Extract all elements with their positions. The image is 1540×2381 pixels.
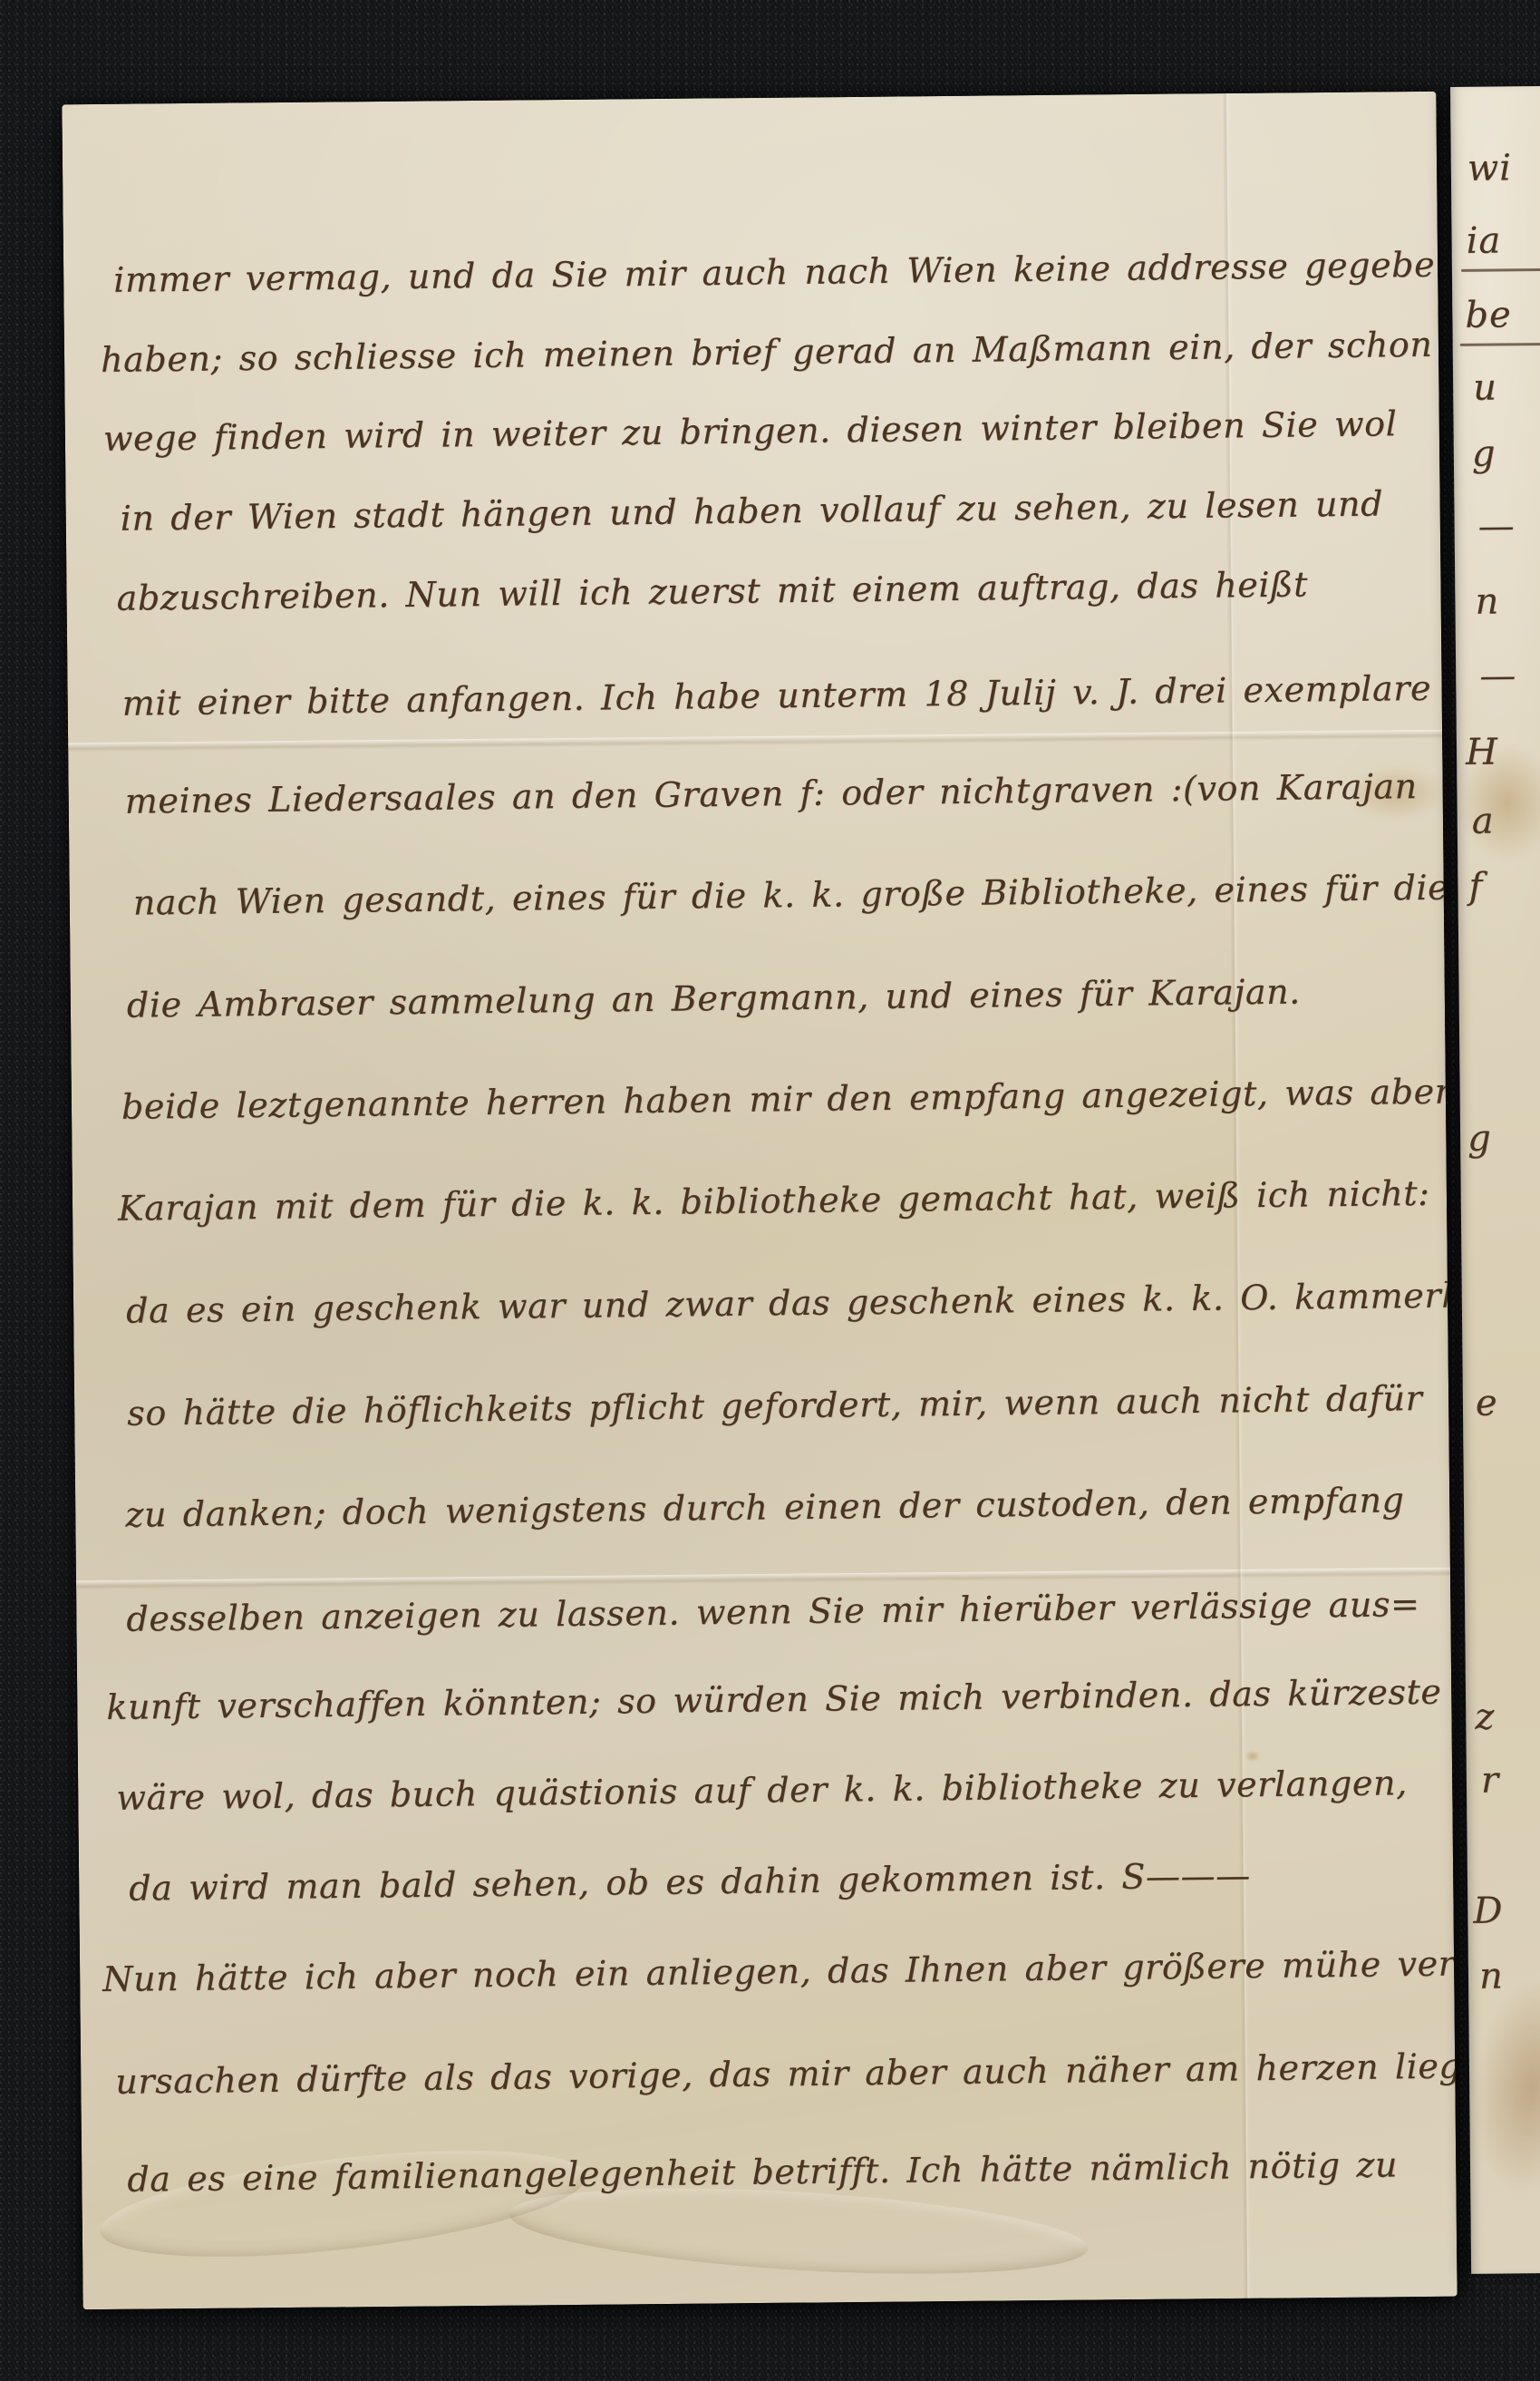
letter-line: kunft verschaffen könnten; so würden Sie… <box>106 1675 1442 1725</box>
letter-line: da wird man bald sehen, ob es dahin geko… <box>129 1858 1251 1905</box>
letter-line: Karajan mit dem für die k. k. bibliothek… <box>118 1176 1430 1226</box>
letter-line: beide leztgenannte herren haben mir den … <box>121 1074 1452 1124</box>
adjacent-page-fragment: r <box>1481 1763 1500 1799</box>
letter-line: abzuschreiben. Nun will ich zuerst mit e… <box>116 567 1308 615</box>
letter-page: immer vermag, und da Sie mir auch nach W… <box>62 92 1457 2309</box>
letter-text: immer vermag, und da Sie mir auch nach W… <box>62 92 1457 2309</box>
adjacent-page-fragment: n <box>1479 1958 1504 1995</box>
adjacent-page-fragment: a <box>1472 803 1495 840</box>
adjacent-page-fragment: be <box>1465 296 1512 333</box>
adjacent-page-fragment: u <box>1473 370 1497 406</box>
adjacent-page-fragment: z <box>1475 1699 1495 1735</box>
letter-line: wäre wol, das buch quästionis auf der k.… <box>116 1765 1408 1815</box>
letter-line: da es eine familienangelegenheit betriff… <box>127 2147 1398 2196</box>
adjacent-page-fragment: wi <box>1467 150 1512 186</box>
adjacent-page-fragment: ia <box>1466 222 1501 258</box>
adjacent-page-fragment: — <box>1477 508 1515 544</box>
adjacent-page-fragment: — <box>1479 657 1516 694</box>
letter-line: Nun hätte ich aber noch ein anliegen, da… <box>102 1946 1458 1997</box>
letter-line: da es ein geschenk war und zwar das gesc… <box>126 1277 1458 1327</box>
letter-line: meines Liedersaales an den Graven f: ode… <box>125 769 1418 819</box>
adjacent-page-fragment: n <box>1475 584 1499 620</box>
letter-line: zu danken; doch wenigstens durch einen d… <box>125 1482 1405 1531</box>
letter-line: wege finden wird in weiter zu bringen. d… <box>103 406 1398 456</box>
paper-stain <box>1461 1973 1540 2201</box>
letter-line: in der Wien stadt hängen und haben volla… <box>121 486 1384 535</box>
adjacent-page-fragment: g <box>1472 436 1496 472</box>
letter-line: desselben anzeigen zu lassen. wenn Sie m… <box>126 1587 1420 1637</box>
letter-line: nach Wien gesandt, eines für die k. k. g… <box>133 870 1449 920</box>
adjacent-page-fragment: H <box>1466 734 1498 771</box>
letter-line: so hätte die höflichkeits pflicht geford… <box>127 1381 1423 1431</box>
adjacent-page-fragment: D <box>1473 1893 1503 1929</box>
letter-line: mit einer bitte anfangen. Ich habe unter… <box>121 671 1431 721</box>
adjacent-page-fragment: f <box>1468 869 1483 905</box>
adjacent-page-fragment: g <box>1467 1121 1492 1157</box>
letter-line: ursachen dürfte als das vorige, das mir … <box>115 2048 1458 2099</box>
adjacent-page-fragment: e <box>1476 1385 1498 1422</box>
letter-line: immer vermag, und da Sie mir auch nach W… <box>113 247 1458 296</box>
letter-line: haben; so schliesse ich meinen brief ger… <box>101 327 1433 377</box>
letter-line: die Ambraser sammelung an Bergmann, und … <box>127 975 1301 1023</box>
